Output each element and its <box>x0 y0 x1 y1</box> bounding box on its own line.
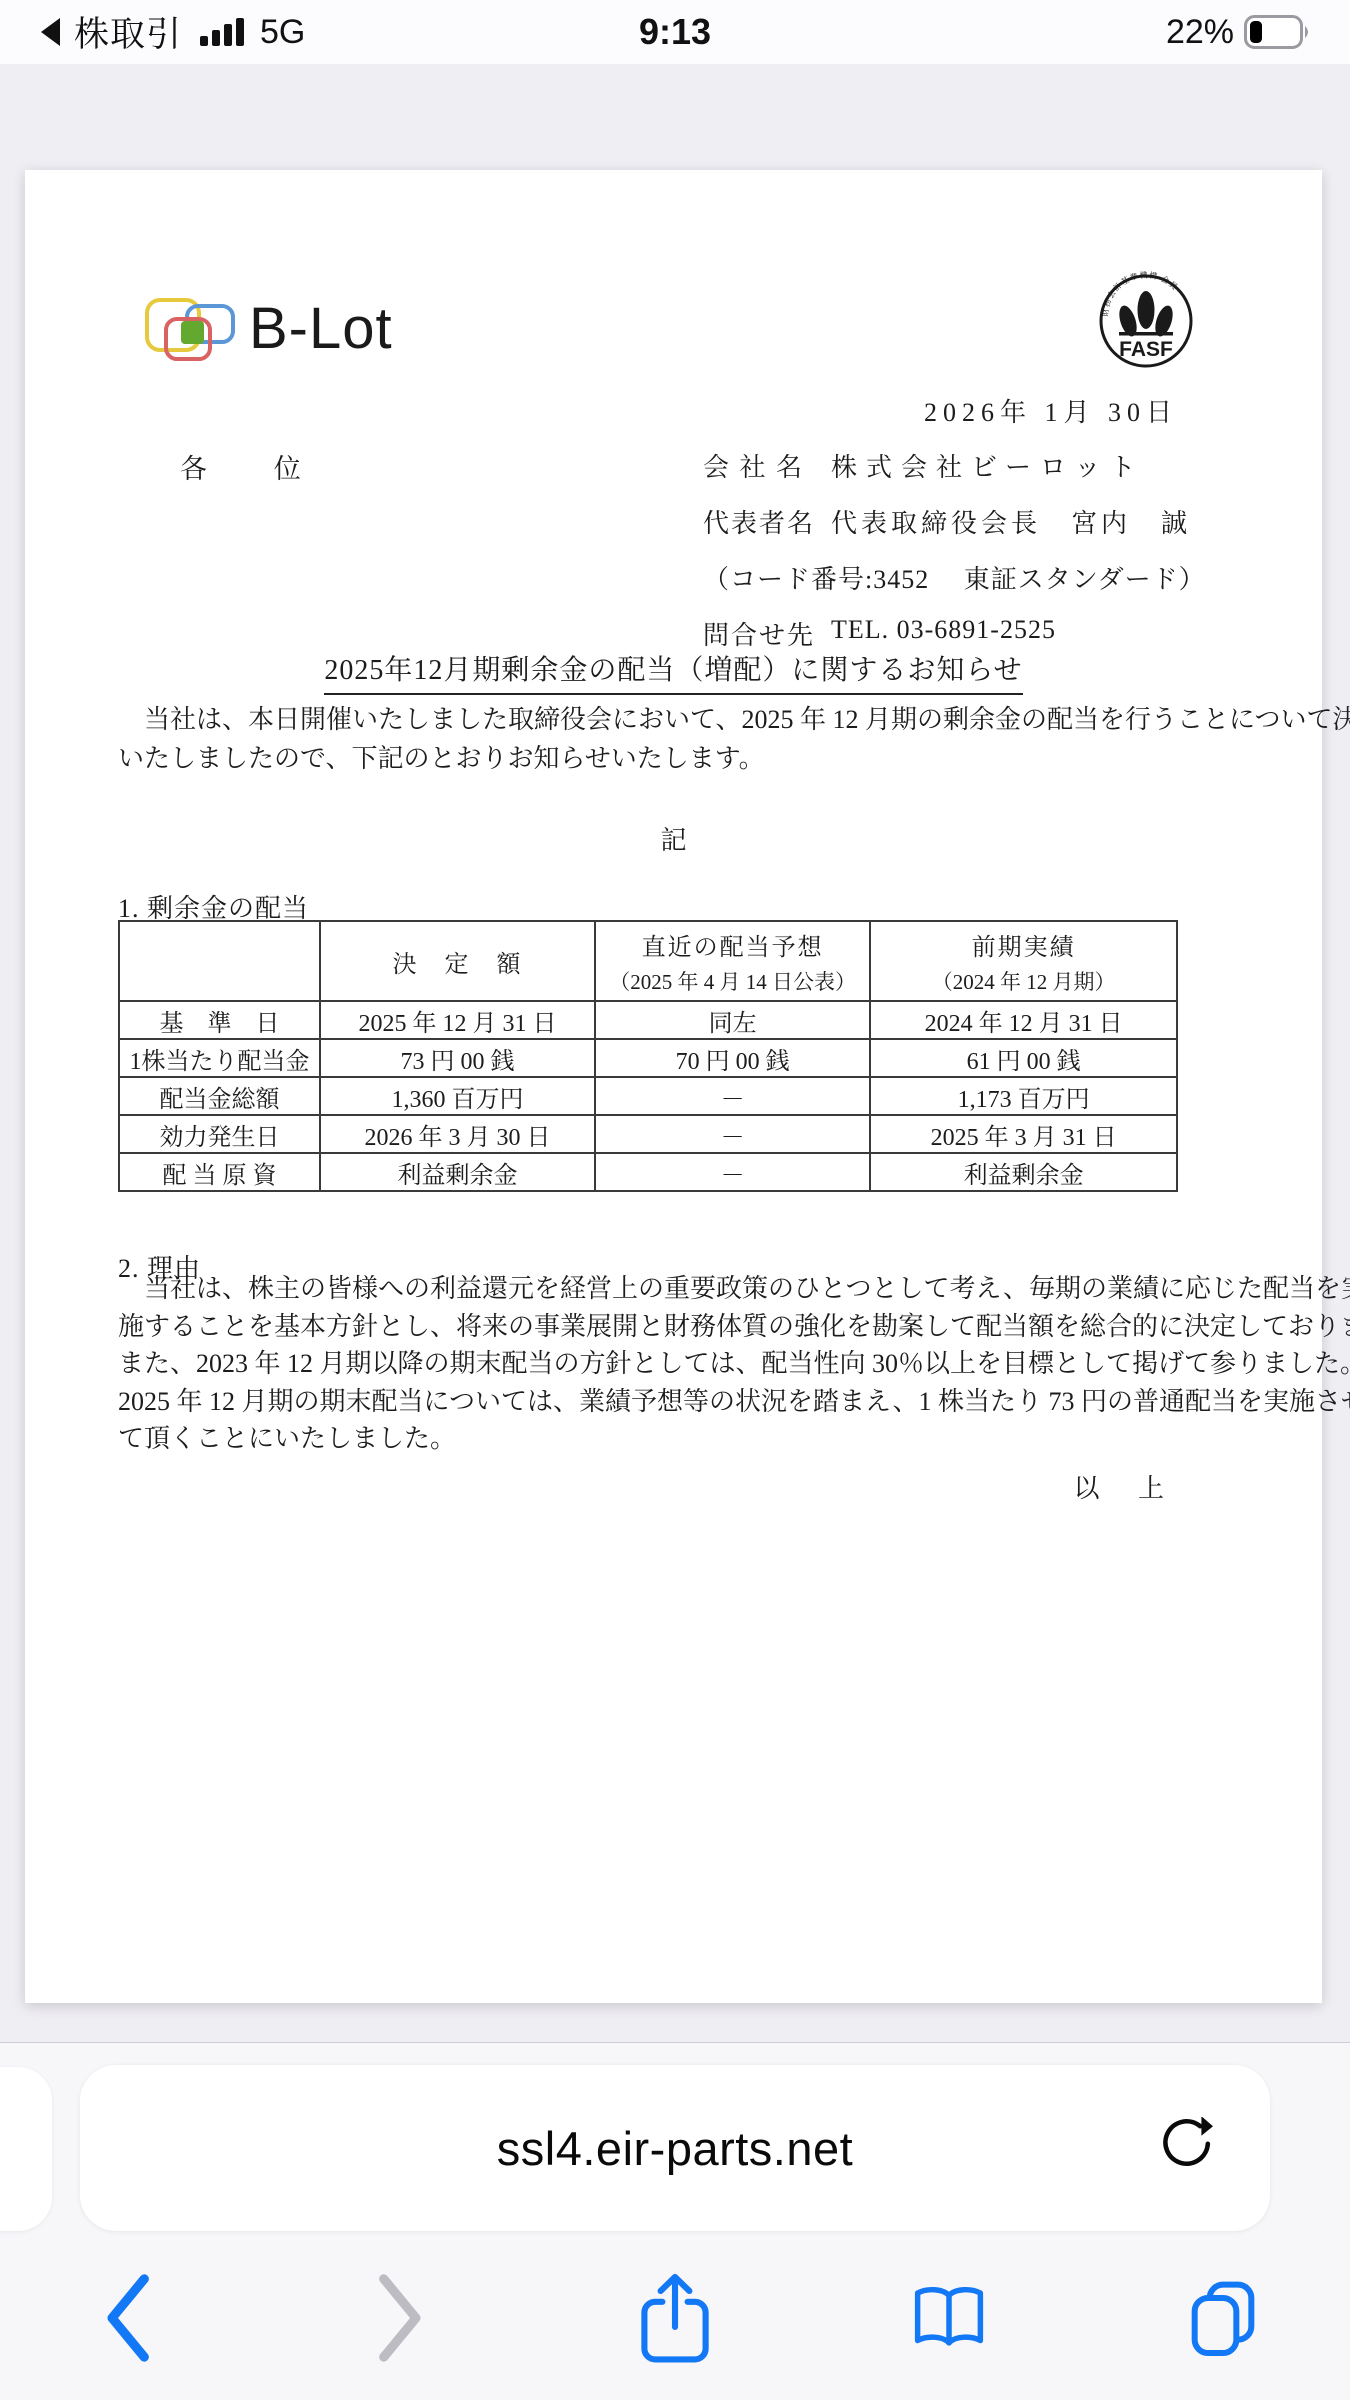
company-name-value: 株式会社ビーロット <box>831 447 1144 484</box>
battery-icon <box>1244 15 1312 49</box>
safari-toolbar <box>0 2243 1350 2393</box>
representative-value: 代表取締役会長 宮内 誠 <box>831 503 1191 540</box>
safari-bottom-bar: ssl4.eir-parts.net <box>0 2042 1350 2400</box>
seal-label: FASF <box>1119 338 1173 361</box>
header-latest-forecast: 直近の配当予想 （2025 年 4 月 14 日公表） <box>595 921 870 1001</box>
table-row-record-date: 基 準 日 2025 年 12 月 31 日 同左 2024 年 12 月 31… <box>119 1001 1177 1039</box>
table-header-row: 決 定 額 直近の配当予想 （2025 年 4 月 14 日公表） 前期実績 （… <box>119 921 1177 1001</box>
status-bar: 株取引 5G 9:13 22% <box>0 0 1350 64</box>
intro-paragraph: 当社は、本日開催いたしました取締役会において、2025 年 12 月期の剰余金の… <box>118 700 1234 778</box>
table-row-dividend-source: 配 当 原 資 利益剰余金 － 利益剰余金 <box>119 1153 1177 1191</box>
url-text[interactable]: ssl4.eir-parts.net <box>497 2121 853 2176</box>
pdf-document-page: B-Lot 財務会計基準機構 会員 FASF 2026年 1月 30日 各 位 … <box>25 170 1322 2003</box>
table-row-total-dividends: 配当金総額 1,360 百万円 － 1,173 百万円 <box>119 1077 1177 1115</box>
header-blank-cell <box>119 921 320 1001</box>
previous-tab-peek[interactable] <box>0 2067 52 2231</box>
ki-marker: 記 <box>25 820 1322 857</box>
reason-line-4: 2025 年 12 月期の期末配当については、業績予想等の状況を踏まえ、1 株当… <box>118 1383 1234 1421</box>
reason-line-2: 施することを基本方針とし、将来の事業展開と財務体質の強化を勘案して配当額を総合的… <box>118 1308 1234 1346</box>
intro-line-1: 当社は、本日開催いたしました取締役会において、2025 年 12 月期の剰余金の… <box>118 700 1234 739</box>
table-row-dividend-per-share: 1株当たり配当金 73 円 00 銭 70 円 00 銭 61 円 00 銭 <box>119 1039 1177 1077</box>
reason-paragraph: 当社は、株主の皆様への利益還元を経営上の重要政策のひとつとして考え、毎期の業績に… <box>118 1270 1234 1458</box>
dividend-table: 決 定 額 直近の配当予想 （2025 年 4 月 14 日公表） 前期実績 （… <box>118 920 1178 1192</box>
address-bar[interactable]: ssl4.eir-parts.net <box>80 2065 1270 2231</box>
representative-label: 代表者名 <box>703 503 831 540</box>
header-decided-amount: 決 定 額 <box>320 921 595 1001</box>
tabs-button[interactable] <box>1168 2258 1278 2378</box>
company-name-label: 会 社 名 <box>703 447 831 484</box>
reason-line-5: て頂くことにいたしました。 <box>118 1420 1234 1458</box>
fasf-member-seal: 財務会計基準機構 会員 FASF <box>1097 270 1195 377</box>
clock: 9:13 <box>0 11 1350 53</box>
pdf-scroll-area[interactable]: B-Lot 財務会計基準機構 会員 FASF 2026年 1月 30日 各 位 … <box>0 64 1350 2042</box>
table-row-effective-date: 効力発生日 2026 年 3 月 30 日 － 2025 年 3 月 31 日 <box>119 1115 1177 1153</box>
stock-code-line: （コード番号:3452 東証スタンダード） <box>703 559 1181 596</box>
addressee: 各 位 <box>180 447 331 486</box>
contact-label: 問合せ先 <box>703 615 831 652</box>
reason-line-1: 当社は、株主の皆様への利益還元を経営上の重要政策のひとつとして考え、毎期の業績に… <box>118 1270 1234 1308</box>
document-title: 2025年12月期剰余金の配当（増配）に関するお知らせ <box>324 648 1022 695</box>
company-info-block: 会 社 名 株式会社ビーロット 代表者名 代表取締役会長 宮内 誠 （コード番号… <box>703 447 1181 671</box>
bookmarks-button[interactable] <box>894 2258 1004 2378</box>
closing-marker: 以 上 <box>1073 1468 1180 1505</box>
contact-value: TEL. 03-6891-2525 <box>831 615 1056 652</box>
share-button[interactable] <box>620 2258 730 2378</box>
forward-button[interactable] <box>346 2258 456 2378</box>
intro-line-2: いたしましたので、下記のとおりお知らせいたします。 <box>118 739 1234 778</box>
reload-button[interactable] <box>1154 2116 1218 2180</box>
header-prior-results: 前期実績 （2024 年 12 月期） <box>870 921 1177 1001</box>
company-logo: B-Lot <box>143 292 393 364</box>
logo-wordmark: B-Lot <box>249 295 393 362</box>
battery-percent-label: 22% <box>1166 13 1234 52</box>
b-lot-logo-icon <box>143 292 243 364</box>
reason-line-3: また、2023 年 12 月期以降の期末配当の方針としては、配当性向 30％以上… <box>118 1345 1234 1383</box>
document-date: 2026年 1月 30日 <box>924 392 1178 429</box>
back-button[interactable] <box>72 2258 182 2378</box>
